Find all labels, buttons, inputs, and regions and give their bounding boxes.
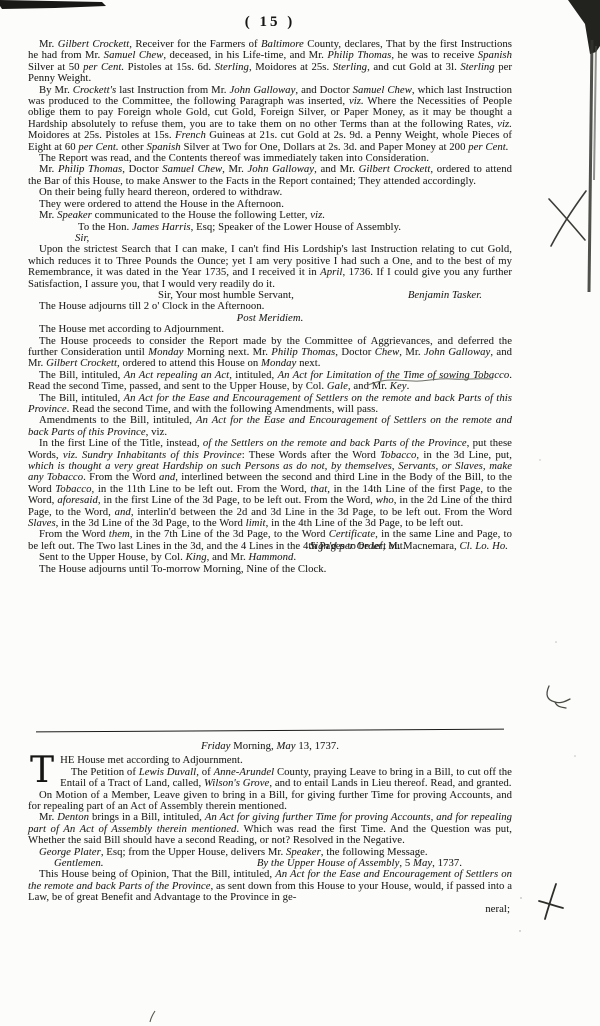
italic-text-run: John Galloway	[424, 347, 490, 358]
text-run: The Petition of	[60, 767, 139, 778]
line-right-part: By the Upper House of Assembly, 5 May, 1…	[257, 858, 462, 869]
text-run: , Doctor	[335, 347, 374, 358]
text-run: , in the 4th Line of the 3d Page, to be …	[266, 518, 464, 529]
italic-text-run: French	[175, 130, 206, 141]
letter-signature: Sir, Your most humble Servant,Benjamin T…	[28, 290, 512, 301]
paragraph: They were ordered to attend the House in…	[28, 199, 512, 210]
text-run: , and Mr.	[207, 552, 249, 563]
line-left-part: Sir, Your most humble Servant,	[158, 290, 294, 301]
paragraph: THE House met according to Adjournment. …	[28, 755, 512, 789]
text-run: , in the 3d Line, put,	[416, 450, 512, 461]
section-divider	[36, 729, 504, 733]
text-run: .	[407, 381, 410, 392]
text-run: From the Word	[39, 529, 109, 540]
paragraph: Mr. Speaker communicated to the House th…	[28, 210, 512, 221]
italic-text-run: Baltimore	[261, 39, 304, 50]
text-run: , he was to receive	[391, 50, 477, 61]
text-run: In the first Line of the Title, instead,	[39, 438, 203, 449]
italic-text-run: Sign'd per Order	[310, 541, 383, 552]
text-run: Morning next. Mr.	[184, 347, 272, 358]
italic-text-run: Gale	[327, 381, 348, 392]
italic-text-run: James Harris	[132, 222, 191, 233]
italic-text-run: Sterling	[460, 62, 494, 73]
text-run: Moidores at 25s. Pistoles at 15s.	[28, 130, 175, 141]
italic-text-run: Post Meridiem.	[237, 313, 304, 324]
text-run: Pistoles at 15s. 6d.	[124, 62, 214, 73]
italic-text-run: Speaker	[57, 210, 92, 221]
italic-text-run: Cl. Lo. Ho.	[460, 541, 509, 552]
text-run: . From the Word	[83, 472, 159, 483]
italic-text-run: Certificate	[329, 529, 375, 540]
paragraph: The House proceeds to consider the Repor…	[28, 336, 512, 370]
text-run: , in the 7th Line of the 3d Page, to the…	[130, 529, 329, 540]
italic-text-run: Friday	[201, 741, 230, 752]
text-run: , and cut Gold at 3l.	[367, 62, 460, 73]
text-run: , and to entail Lands in Lieu thereof. R…	[269, 778, 511, 789]
page-edge-shadow-top-right	[568, 0, 600, 292]
italic-text-run: May	[276, 741, 295, 752]
drop-cap: T	[28, 755, 60, 785]
text-run: , of	[196, 767, 213, 778]
italic-text-run: Gilbert Crockett	[359, 164, 431, 175]
text-run: Mr.	[39, 39, 58, 50]
italic-text-run: Denton	[57, 812, 89, 823]
text-run: next.	[296, 358, 320, 369]
text-run: : These Words after the Word	[242, 450, 380, 461]
text-run: , viz.	[146, 427, 168, 438]
italic-text-run: Tobacco	[380, 450, 416, 461]
italic-text-run: Philip Thomas	[58, 164, 122, 175]
italic-text-run: John Galloway	[247, 164, 314, 175]
text-run: , Moidores at 25s.	[249, 62, 333, 73]
text-run: , M. Macnemara,	[383, 541, 460, 552]
stray-ink-mark-bottom	[150, 1011, 155, 1022]
italic-text-run: Philip Thomas	[327, 50, 391, 61]
line-right-part: Benjamin Tasker.	[408, 290, 482, 301]
italic-text-run: May	[413, 858, 432, 869]
paragraph: This House being of Opinion, That the Bi…	[28, 869, 512, 903]
italic-text-run: Spanish	[146, 142, 180, 153]
text-run: The House adjourns until To-morrow Morni…	[39, 564, 326, 575]
paragraph: The House adjourns till 2 o' Clock in th…	[28, 301, 512, 312]
italic-text-run: Wilson's Grove	[204, 778, 269, 789]
text-run: , Mr.	[399, 347, 424, 358]
text-run: Mr.	[39, 812, 57, 823]
text-run: Silver at 50	[28, 62, 83, 73]
italic-text-run: Sterling	[215, 62, 249, 73]
text-run: , Esq; Speaker of the Lower House of Ass…	[191, 222, 401, 233]
italic-text-run: of the Settlers on the remote and back P…	[203, 438, 467, 449]
italic-text-run: Benjamin Tasker.	[408, 290, 482, 301]
text-run: Mr.	[39, 164, 58, 175]
text-run: , and Doctor	[295, 85, 352, 96]
text-run: Sent to the Upper House, by Col.	[39, 552, 186, 563]
text-run: , Esq; from the Upper House, delivers Mr…	[101, 847, 286, 858]
text-run: , 1737.	[432, 858, 462, 869]
italic-text-run: Speaker	[286, 847, 321, 858]
text-run: 13, 1737.	[296, 741, 339, 752]
letter-address: To the Hon. James Harris, Esq; Speaker o…	[78, 222, 512, 233]
italic-text-run: Samuel Chew	[104, 50, 164, 61]
text-run: The House adjourns till 2 o' Clock in th…	[39, 301, 264, 312]
italic-text-run: Samuel Chew	[353, 85, 412, 96]
section-friday-proceedings: Friday Morning, May 13, 1737.THE House m…	[28, 726, 512, 915]
text-run: brings in a Bill, intituled,	[89, 812, 205, 823]
italic-text-run: aforesaid	[57, 495, 98, 506]
italic-text-run: Slaves	[28, 518, 56, 529]
italic-text-run: By the Upper House of Assembly	[257, 858, 400, 869]
text-run: last Instruction from Mr.	[116, 85, 229, 96]
italic-text-run: Sir,	[75, 233, 89, 244]
text-run: On their being fully heard thereon, orde…	[39, 187, 282, 198]
italic-text-run: per Cent.	[468, 142, 508, 153]
text-run: , the following Message.	[321, 847, 428, 858]
text-run: , in the 11th Line to be left out. From …	[92, 484, 311, 495]
italic-text-run: Key	[390, 381, 407, 392]
paragraph: Sent to the Upper House, by Col. King, a…	[28, 552, 512, 563]
page-number: ( 15 )	[28, 14, 512, 31]
text-run: , Doctor	[122, 164, 162, 175]
text-run: communicated to the House the following …	[92, 210, 310, 221]
text-run: . Read the second Time, and with the fol…	[67, 404, 378, 415]
italic-text-run: viz.	[497, 119, 512, 130]
text-run: They were ordered to attend the House in…	[39, 199, 284, 210]
italic-text-run: King	[186, 552, 207, 563]
paragraph: Mr. Denton brings in a Bill, intituled, …	[28, 812, 512, 846]
italic-text-run: per Cent.	[78, 142, 118, 153]
italic-text-run: Sterling	[333, 62, 367, 73]
text-run: .	[293, 552, 296, 563]
handwritten-x-mark-small	[539, 884, 563, 919]
text-run: By Mr.	[39, 85, 73, 96]
text-run: The Report was read, and the Contents th…	[39, 153, 429, 164]
paragraph: Amendments to the Bill, intituled, An Ac…	[28, 415, 512, 438]
text-run: , in the 3d Line of the 3d Page, to the …	[56, 518, 246, 529]
paragraph: Mr. Gilbert Crockett, Receiver for the F…	[28, 39, 512, 85]
paragraph: The Report was read, and the Contents th…	[28, 153, 512, 164]
paragraph: George Plater, Esq; from the Upper House…	[28, 847, 512, 858]
paragraph: The Bill, intituled, An Act for the Ease…	[28, 393, 512, 416]
catchword: neral;	[28, 904, 512, 915]
italic-text-run: April	[320, 267, 342, 278]
italic-text-run: and	[159, 472, 175, 483]
text-run: , Mr.	[222, 164, 247, 175]
italic-text-run: Tobacco	[55, 484, 91, 495]
italic-text-run: An Act for Limitation of the Time of sow…	[278, 370, 510, 381]
text-run: neral;	[485, 904, 510, 915]
message-heading: Gentlemen.By the Upper House of Assembly…	[28, 858, 512, 869]
text-run: , in the first Line of the 3d Page, to b…	[98, 495, 376, 506]
text-run: , intituled,	[229, 370, 277, 381]
italic-text-run: viz. Sundry Inhabitants of this Province	[63, 450, 242, 461]
text-run: , interlin'd between the 2d and 3d Line …	[131, 507, 512, 518]
italic-text-run: George Plater	[39, 847, 101, 858]
italic-text-run: Hammond	[249, 552, 294, 563]
text-run: , and Mr.	[314, 164, 359, 175]
italic-text-run: Chew	[375, 347, 400, 358]
line-left-part: Gentlemen.	[54, 858, 104, 869]
text-run: , and Mr.	[348, 381, 390, 392]
italic-text-run: and	[115, 507, 131, 518]
text-run: Sir, Your most humble Servant,	[158, 290, 294, 301]
dateline: Friday Morning, May 13, 1737.	[28, 741, 512, 752]
text-run: The Bill, intituled,	[39, 370, 124, 381]
paragraph: The Bill, intituled, An Act repealing an…	[28, 370, 512, 393]
italic-text-run: Lewis Duvall	[139, 767, 196, 778]
italic-text-run: Anne-Arundel	[214, 767, 275, 778]
scanned-document-page: ( 15 ) Mr. Gilbert Crockett, Receiver fo…	[0, 0, 600, 1026]
text-run: other	[119, 142, 147, 153]
text-run: The Bill, intituled,	[39, 393, 124, 404]
text-run: , 5	[399, 858, 413, 869]
text-run: Morning,	[230, 741, 276, 752]
text-run: Mr.	[39, 210, 57, 221]
post-meridiem-heading: Post Meridiem.	[28, 313, 512, 324]
text-run: , deceased, in his Life-time, and Mr.	[163, 50, 327, 61]
italic-text-run: that	[310, 484, 327, 495]
italic-text-run: Gilbert Crockett	[58, 39, 130, 50]
italic-text-run: Philip Thomas	[271, 347, 335, 358]
letter-salutation: Sir,	[75, 233, 512, 244]
text-run: To the Hon.	[78, 222, 132, 233]
italic-text-run: John Galloway	[229, 85, 295, 96]
text-run: Silver at Two for One, Dollars at 2s. 3d…	[181, 142, 469, 153]
italic-text-run: Gentlemen.	[54, 858, 104, 869]
text-run: This House being of Opinion, That the Bi…	[39, 869, 275, 880]
ink-smudge-top-left	[0, 0, 106, 9]
italic-text-run: Gilbert Crockett	[46, 358, 117, 369]
italic-text-run: viz.	[349, 96, 364, 107]
italic-text-run: limit	[246, 518, 266, 529]
paragraph: Mr. Philip Thomas, Doctor Samuel Chew, M…	[28, 164, 512, 187]
paragraph: By Mr. Crockett's last Instruction from …	[28, 85, 512, 153]
handwritten-x-mark-large	[549, 191, 586, 246]
italic-text-run: who	[376, 495, 394, 506]
italic-text-run: per Cent.	[83, 62, 124, 73]
italic-text-run: Monday	[261, 358, 296, 369]
italic-text-run: Monday	[148, 347, 183, 358]
handwritten-hook-mark	[547, 686, 570, 708]
text-run: , ordered to attend this House on	[117, 358, 261, 369]
paragraph: The House met according to Adjournment.	[28, 324, 512, 335]
text-run: Amendments to the Bill, intituled,	[39, 415, 196, 426]
paragraph: In the first Line of the Title, instead,…	[28, 438, 512, 529]
italic-text-run: Samuel Chew	[162, 164, 222, 175]
paragraph: The House adjourns until To-morrow Morni…	[28, 564, 512, 575]
paragraph: On Motion of a Member, Leave given to br…	[28, 790, 512, 813]
italic-text-run: them	[109, 529, 130, 540]
italic-text-run: An Act repealing an Act	[124, 370, 230, 381]
paper-specks	[519, 459, 576, 932]
italic-text-run: Crockett's	[73, 85, 116, 96]
paragraph: On their being fully heard thereon, orde…	[28, 187, 512, 198]
italic-text-run: Spanish	[478, 50, 512, 61]
text-run: HE House met according to Adjournment.	[60, 755, 243, 766]
letter-body: Upon the strictest Search that I can mak…	[28, 244, 512, 290]
section-thursday-proceedings: Mr. Gilbert Crockett, Receiver for the F…	[28, 39, 512, 575]
text-run: The House met according to Adjournment.	[39, 324, 224, 335]
text-run: , Receiver for the Farmers of	[129, 39, 261, 50]
italic-text-run: viz.	[310, 210, 325, 221]
text-run: On Motion of a Member, Leave given to br…	[28, 790, 512, 812]
